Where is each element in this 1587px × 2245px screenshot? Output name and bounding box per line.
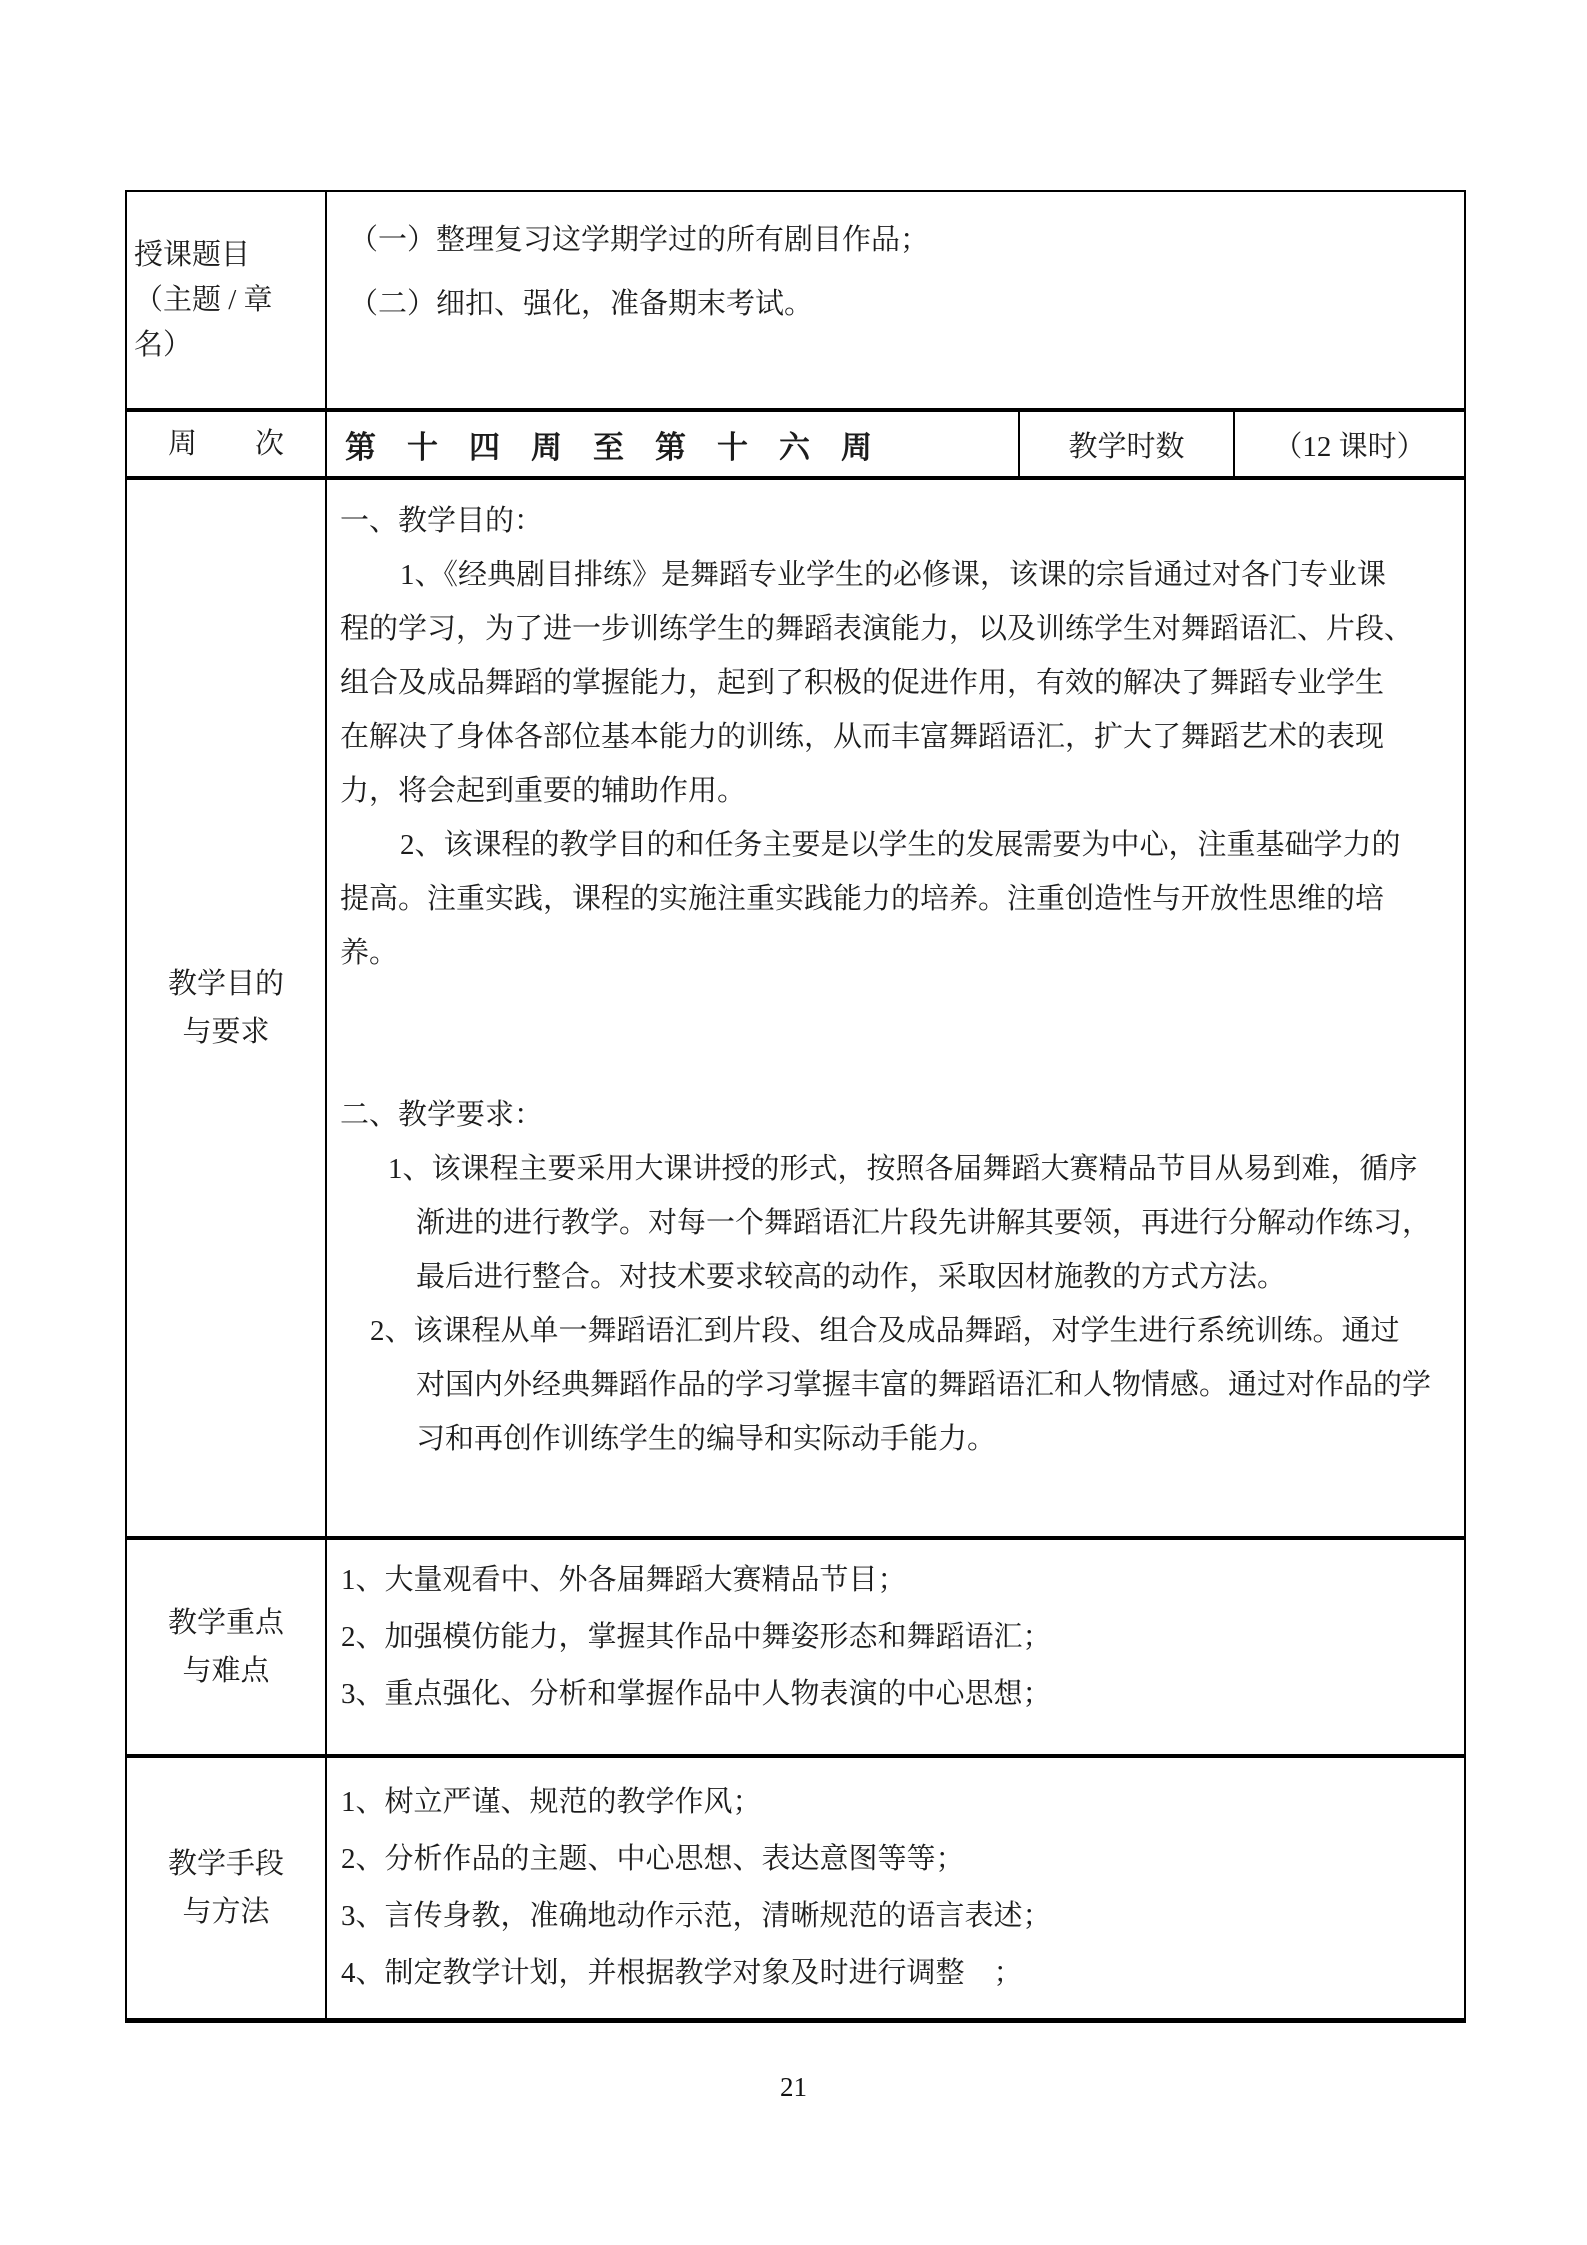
text-line: 程的学习，为了进一步训练学生的舞蹈表演能力，以及训练学生对舞蹈语汇、片段、	[340, 602, 1456, 656]
row-week: 周 次 第 十 四 周 至 第 十 六 周 教学时数 （12 课时）	[127, 408, 1464, 476]
week-range-value: 第 十 四 周 至 第 十 六 周	[325, 412, 1018, 476]
method-item: 4、制定教学计划，并根据教学对象及时进行调整 ；	[341, 1945, 1456, 2002]
teaching-hours-label: 教学时数	[1018, 412, 1233, 476]
text-line: 1、该课程主要采用大课讲授的形式，按照各届舞蹈大赛精品节目从易到难，循序	[340, 1142, 1456, 1196]
row-goals-requirements: 教学目的 与要求 一、教学目的： 1、《经典剧目排练》是舞蹈专业学生的必修课，该…	[127, 476, 1464, 1536]
row-means-methods: 教学手段 与方法 1、树立严谨、规范的教学作风； 2、分析作品的主题、中心思想、…	[127, 1754, 1464, 2018]
goals-label: 教学目的 与要求	[127, 480, 325, 1536]
focus-item: 2、加强模仿能力，掌握其作品中舞姿形态和舞蹈语汇；	[341, 1609, 1456, 1666]
text-line: 习和再创作训练学生的编导和实际动手能力。	[340, 1412, 1456, 1466]
focus-content: 1、大量观看中、外各届舞蹈大赛精品节目； 2、加强模仿能力，掌握其作品中舞姿形态…	[325, 1540, 1464, 1754]
text-line: 渐进的进行教学。对每一个舞蹈语汇片段先讲解其要领，再进行分解动作练习，	[340, 1196, 1456, 1250]
text-line: 2、该课程的教学目的和任务主要是以学生的发展需要为中心，注重基础学力的	[340, 818, 1456, 872]
focus-label: 教学重点 与难点	[127, 1540, 325, 1754]
goals-content: 一、教学目的： 1、《经典剧目排练》是舞蹈专业学生的必修课，该课的宗旨通过对各门…	[325, 480, 1464, 1536]
course-title-item: （一）整理复习这学期学过的所有剧目作品；	[349, 208, 1454, 272]
text-line	[340, 1034, 1456, 1088]
focus-item: 1、大量观看中、外各届舞蹈大赛精品节目；	[341, 1552, 1456, 1609]
text-line: 一、教学目的：	[340, 494, 1456, 548]
row-focus-difficulty: 教学重点 与难点 1、大量观看中、外各届舞蹈大赛精品节目； 2、加强模仿能力，掌…	[127, 1536, 1464, 1754]
week-label: 周 次	[127, 412, 325, 476]
text-line: 养。	[340, 926, 1456, 980]
method-item: 1、树立严谨、规范的教学作风；	[341, 1774, 1456, 1831]
text-line: 组合及成品舞蹈的掌握能力，起到了积极的促进作用，有效的解决了舞蹈专业学生	[340, 656, 1456, 710]
course-title-label: 授课题目 （主题 / 章 名）	[127, 192, 325, 408]
text-line: 2、该课程从单一舞蹈语汇到片段、组合及成品舞蹈，对学生进行系统训练。通过	[340, 1304, 1456, 1358]
document-page: 授课题目 （主题 / 章 名） （一）整理复习这学期学过的所有剧目作品； （二）…	[0, 0, 1587, 2245]
text-line	[340, 980, 1456, 1034]
lesson-plan-table: 授课题目 （主题 / 章 名） （一）整理复习这学期学过的所有剧目作品； （二）…	[125, 190, 1466, 2023]
row-course-title: 授课题目 （主题 / 章 名） （一）整理复习这学期学过的所有剧目作品； （二）…	[127, 192, 1464, 408]
focus-item: 3、重点强化、分析和掌握作品中人物表演的中心思想；	[341, 1666, 1456, 1723]
text-line: 对国内外经典舞蹈作品的学习掌握丰富的舞蹈语汇和人物情感。通过对作品的学	[340, 1358, 1456, 1412]
page-number: 21	[0, 2072, 1587, 2103]
method-item: 3、言传身教，准确地动作示范，清晰规范的语言表述；	[341, 1888, 1456, 1945]
text-line: 在解决了身体各部位基本能力的训练，从而丰富舞蹈语汇，扩大了舞蹈艺术的表现	[340, 710, 1456, 764]
teaching-hours-value: （12 课时）	[1233, 412, 1464, 476]
text-line: 1、《经典剧目排练》是舞蹈专业学生的必修课，该课的宗旨通过对各门专业课	[340, 548, 1456, 602]
methods-label: 教学手段 与方法	[127, 1758, 325, 2018]
text-line: 二、教学要求：	[340, 1088, 1456, 1142]
text-line: 最后进行整合。对技术要求较高的动作，采取因材施教的方式方法。	[340, 1250, 1456, 1304]
method-item: 2、分析作品的主题、中心思想、表达意图等等；	[341, 1831, 1456, 1888]
methods-content: 1、树立严谨、规范的教学作风； 2、分析作品的主题、中心思想、表达意图等等； 3…	[325, 1758, 1464, 2018]
course-title-content: （一）整理复习这学期学过的所有剧目作品； （二）细扣、强化，准备期末考试。	[325, 192, 1464, 408]
course-title-item: （二）细扣、强化，准备期末考试。	[349, 272, 1454, 336]
text-line: 提高。注重实践，课程的实施注重实践能力的培养。注重创造性与开放性思维的培	[340, 872, 1456, 926]
text-line: 力，将会起到重要的辅助作用。	[340, 764, 1456, 818]
